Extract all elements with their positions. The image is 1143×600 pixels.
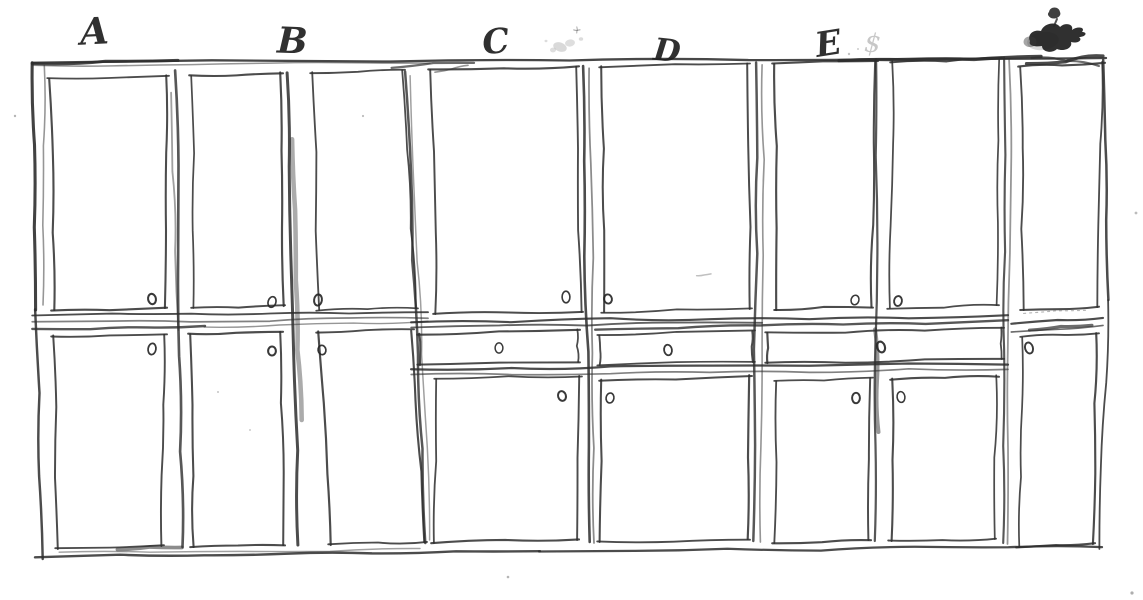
- cabinet-knob: [850, 294, 860, 305]
- faint-dash: [697, 274, 711, 276]
- graphite-smudge: [545, 40, 548, 42]
- upper-door-3: [310, 70, 405, 73]
- cabinet-knob: [562, 291, 570, 303]
- ink-blot-wing: [1024, 36, 1037, 47]
- pencil-stroke: [32, 63, 36, 310]
- lower-door-5: [599, 376, 752, 381]
- cabinet-knob: [268, 346, 276, 355]
- lower-door-3: [316, 329, 414, 332]
- paper-speckle: [507, 576, 510, 579]
- upper-doors: [47, 58, 1105, 314]
- ink-blot-group: [1024, 8, 1086, 53]
- lower-door-6: [772, 540, 871, 543]
- lower-door-1: [51, 334, 167, 337]
- lower-door-7: [888, 539, 996, 541]
- section-label-c: C: [480, 21, 511, 64]
- cabinet-knob: [495, 343, 503, 353]
- paper-speckle: [1135, 212, 1138, 215]
- graphite-smudge: [564, 39, 575, 48]
- cabinet-sketch: A B C D E $: [0, 0, 1143, 600]
- cabinet-knob: [896, 391, 905, 403]
- lower-door-4: [434, 376, 582, 379]
- pencil-stroke: [1103, 60, 1108, 300]
- paper-speckle: [1130, 591, 1133, 594]
- upper-door-5: [601, 308, 752, 312]
- drawer-front-1: [417, 362, 580, 364]
- upper-door-2: [189, 73, 283, 76]
- upper-door-6: [871, 61, 875, 307]
- pencil-stroke: [411, 369, 1008, 375]
- pencil-stroke: [760, 65, 764, 542]
- pencil-stroke: [1007, 60, 1011, 544]
- upper-door-4: [576, 67, 581, 312]
- upper-door-4: [433, 312, 583, 314]
- upper-door-1: [165, 75, 167, 308]
- upper-door-6: [774, 307, 873, 310]
- middle-rails: [32, 312, 1103, 375]
- stiles: [171, 58, 1011, 547]
- lower-door-3: [318, 332, 331, 546]
- lower-door-4: [434, 379, 436, 543]
- upper-door-6: [774, 64, 777, 310]
- drawer-front-3: [765, 328, 1004, 333]
- lower-door-5: [748, 375, 750, 539]
- upper-door-8: [1020, 67, 1024, 310]
- lower-door-3: [328, 542, 427, 544]
- cabinet-knob: [317, 345, 326, 355]
- lower-door-2: [280, 332, 284, 545]
- lower-door-7: [892, 379, 894, 541]
- lower-door-1: [53, 336, 58, 550]
- upper-door-5: [747, 64, 750, 310]
- section-label-d: D: [651, 32, 683, 71]
- lower-door-5: [600, 380, 602, 542]
- pencil-stroke: [411, 315, 1008, 322]
- upper-door-2: [280, 73, 284, 307]
- upper-door-3: [316, 308, 418, 311]
- lower-door-6: [868, 378, 870, 540]
- pencil-stroke: [35, 309, 43, 559]
- drawer-front-3: [765, 359, 1004, 363]
- smudge-sparkle: [577, 27, 578, 33]
- section-label-b: B: [275, 19, 308, 62]
- paper-speckle: [848, 53, 850, 55]
- paper-speckle: [857, 48, 859, 50]
- pencil-stroke: [32, 312, 428, 315]
- cabinet-knob: [852, 393, 860, 404]
- paper-speckle: [362, 115, 364, 117]
- drawer-front-1: [577, 329, 579, 362]
- upper-door-7: [887, 305, 999, 309]
- upper-door-1: [51, 308, 167, 311]
- pencil-stroke: [59, 548, 420, 552]
- pencil-stroke: [753, 63, 757, 542]
- graphite-smudge: [579, 37, 583, 41]
- faint-dollar-smudge: $: [863, 28, 882, 59]
- faint-dashed-line: [1024, 310, 1088, 313]
- pencil-stroke: [1099, 300, 1108, 549]
- lower-door-2: [190, 545, 285, 547]
- cabinet-knob: [1024, 342, 1035, 355]
- upper-door-8: [1020, 307, 1099, 310]
- drawer-front-3: [1001, 328, 1002, 360]
- lower-door-6: [774, 382, 776, 544]
- lower-door-8: [1020, 333, 1099, 337]
- upper-door-4: [428, 66, 579, 69]
- lower-door-8: [1093, 333, 1097, 544]
- upper-door-8: [1097, 62, 1102, 307]
- section-label-a: A: [76, 8, 110, 54]
- drawer-fronts: [417, 328, 1004, 366]
- lower-door-7: [994, 375, 997, 539]
- cabinet-linework: [32, 27, 1108, 559]
- cabinet-knob: [147, 293, 157, 305]
- upper-door-4: [430, 70, 436, 314]
- cabinet-knob: [605, 392, 614, 403]
- paper-speckle: [249, 429, 251, 431]
- upper-door-1: [49, 79, 54, 310]
- pencil-stroke: [583, 66, 590, 542]
- drawer-front-2: [752, 331, 753, 362]
- drawer-front-1: [417, 330, 580, 335]
- lower-door-5: [597, 540, 750, 543]
- paper-speckle: [14, 115, 16, 117]
- lower-door-1: [161, 335, 165, 546]
- lower-door-2: [188, 332, 283, 334]
- pencil-stroke: [32, 318, 428, 322]
- drawer-front-1: [419, 334, 420, 365]
- upper-door-7: [997, 59, 1000, 305]
- cabinet-knob: [893, 295, 902, 306]
- drawer-front-2: [599, 336, 600, 365]
- cabinet-knob: [663, 344, 672, 356]
- upper-door-1: [47, 76, 169, 79]
- sketch-paper: A B C D E $: [0, 0, 1143, 600]
- drawer-front-3: [767, 333, 768, 363]
- pencil-stroke: [43, 66, 45, 305]
- ink-blot-dot: [1048, 8, 1060, 19]
- lower-door-4: [431, 539, 579, 543]
- pencil-stroke: [875, 59, 878, 541]
- lower-door-7: [890, 376, 999, 380]
- pencil-stroke: [175, 70, 183, 547]
- upper-door-2: [191, 76, 194, 308]
- lower-door-6: [774, 378, 873, 381]
- lower-door-4: [577, 376, 579, 540]
- cabinet-knob: [603, 294, 612, 304]
- graphite-smudge: [550, 48, 556, 53]
- cabinet-knob: [147, 343, 156, 355]
- upper-door-7: [889, 61, 893, 308]
- cabinet-knob: [557, 390, 567, 402]
- pencil-stroke: [1011, 318, 1103, 324]
- pencil-stroke: [1003, 58, 1005, 543]
- upper-door-3: [312, 72, 319, 310]
- upper-door-5: [601, 66, 604, 312]
- lower-door-8: [1019, 338, 1023, 547]
- lower-door-2: [190, 334, 193, 547]
- drawer-front-2: [597, 330, 755, 335]
- paper-speckle: [217, 391, 219, 393]
